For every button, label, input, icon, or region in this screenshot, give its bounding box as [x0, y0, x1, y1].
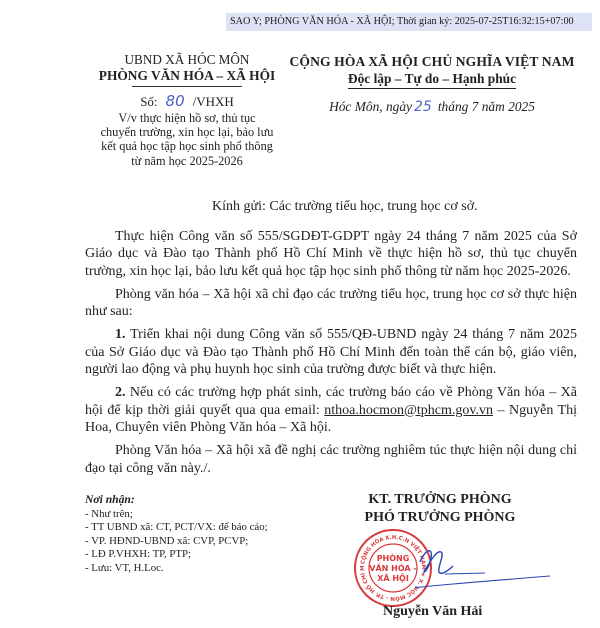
body-paragraph: Phòng văn hóa – Xã hội xã chỉ đạo các tr…	[85, 286, 577, 321]
document-subject: V/v thực hiện hồ sơ, thủ tục chuyển trườ…	[62, 111, 312, 168]
date-prefix: Hóc Môn, ngày	[329, 99, 412, 114]
svg-text:PHÒNG: PHÒNG	[377, 552, 410, 563]
subject-line: từ năm học 2025-2026	[62, 154, 312, 168]
contact-email-link[interactable]: nthoa.hocmon@tphcm.gov.vn	[324, 403, 493, 418]
body-item-1: 1. Triển khai nội dung Công văn số 555/Q…	[85, 326, 577, 378]
date-day: 25	[414, 99, 432, 115]
document-date: Hóc Môn, ngày25tháng 7 năm 2025	[284, 99, 580, 115]
header-divider	[132, 86, 242, 87]
document-body: Thực hiện Công văn số 555/SGDĐT-GDPT ngà…	[85, 228, 577, 483]
signer-name: Nguyễn Văn Hải	[383, 604, 482, 620]
addressee-line: Kính gửi: Các trường tiểu học, trung học…	[212, 199, 478, 215]
national-motto: Độc lập – Tự do – Hạnh phúc	[348, 71, 516, 89]
body-item-2: 2. Nếu có các trường hợp phát sinh, các …	[85, 384, 577, 436]
recipient-item: - LĐ P.VHXH: TP, PTP;	[85, 548, 315, 562]
item-number: 1.	[115, 327, 126, 342]
recipient-item: - Như trên;	[85, 508, 315, 522]
national-title: CỘNG HÒA XÃ HỘI CHỦ NGHĨA VIỆT NAM	[284, 54, 580, 70]
item-text: Triển khai nội dung Công văn số 555/QĐ-U…	[85, 327, 577, 377]
signer-title-line: PHÓ TRƯỞNG PHÒNG	[330, 509, 550, 527]
organization-name: PHÒNG VĂN HÓA – XÃ HỘI	[62, 68, 312, 84]
recipient-item: - Lưu: VT, H.Loc.	[85, 562, 315, 576]
recipient-item: - TT UBND xã: CT, PCT/VX: để báo cáo;	[85, 521, 315, 535]
signer-title-line: KT. TRƯỞNG PHÒNG	[330, 491, 550, 509]
number-value: 80	[166, 92, 185, 110]
svg-text:VĂN HÓA -: VĂN HÓA -	[369, 562, 416, 573]
recipients-block: Nơi nhận: - Như trên; - TT UBND xã: CT, …	[85, 493, 315, 576]
body-paragraph: Thực hiện Công văn số 555/SGDĐT-GDPT ngà…	[85, 228, 577, 280]
parent-organization: UBND XÃ HÓC MÔN	[62, 52, 312, 68]
subject-line: kết quả học tập học sinh phổ thông	[62, 139, 312, 153]
closing-paragraph: Phòng Văn hóa – Xã hội xã đề nghị các tr…	[85, 442, 577, 477]
signer-title-block: KT. TRƯỞNG PHÒNG PHÓ TRƯỞNG PHÒNG	[330, 491, 550, 527]
item-number: 2.	[115, 385, 126, 400]
subject-line: V/v thực hiện hồ sơ, thủ tục	[62, 111, 312, 125]
recipient-item: - VP. HĐND-UBND xã: CVP, PCVP;	[85, 535, 315, 549]
recipients-title: Nơi nhận:	[85, 493, 315, 507]
document-number: Số:80/VHXH	[62, 93, 312, 110]
date-suffix: tháng 7 năm 2025	[438, 99, 535, 114]
number-suffix: /VHXH	[193, 94, 234, 109]
national-header-block: CỘNG HÒA XÃ HỘI CHỦ NGHĨA VIỆT NAM Độc l…	[284, 54, 580, 115]
svg-text:XÃ HỘI: XÃ HỘI	[377, 573, 409, 583]
issuing-authority-block: UBND XÃ HÓC MÔN PHÒNG VĂN HÓA – XÃ HỘI S…	[62, 52, 312, 168]
handwritten-signature-icon	[415, 540, 555, 610]
digital-signature-banner: SAO Y; PHÒNG VĂN HÓA - XÃ HỘI; Thời gian…	[226, 13, 592, 31]
subject-line: chuyển trường, xin học lại, bảo lưu	[62, 125, 312, 139]
number-label: Số:	[140, 94, 157, 109]
